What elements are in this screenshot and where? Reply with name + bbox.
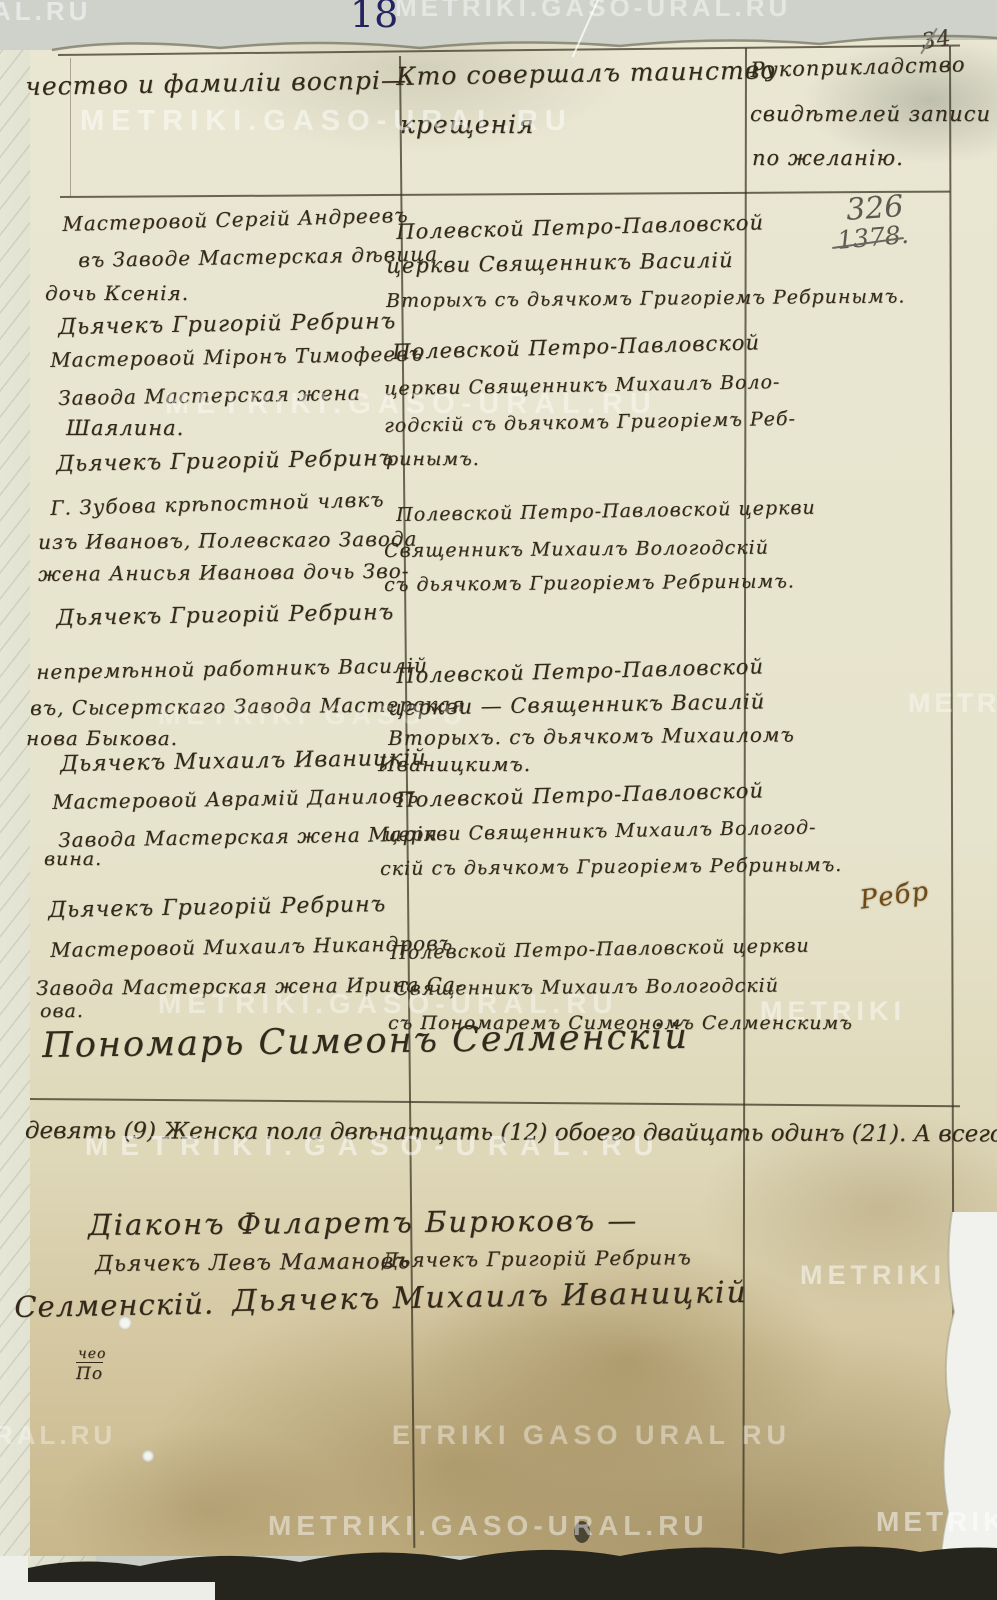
punch-hole [142, 1450, 154, 1462]
entry-1-godparents-line-3: дочь Ксенія. [45, 281, 189, 305]
scan-background-top [0, 0, 997, 40]
entry-2-godparents-line-3: Шаялина. [66, 416, 184, 440]
entry-3-officiant-line-2: Священникъ Михаилъ Вологодскій [384, 537, 769, 562]
margin-note-line-2: По [76, 1362, 103, 1384]
entry-4-officiant-line-4: Иваницкимъ. [378, 752, 531, 776]
signature-ponomar: Селменскій. [14, 1287, 214, 1324]
entry-5-officiant-line-3: скій съ дьячкомъ Григоріемъ Ребринымъ. [380, 854, 842, 880]
summary-totals-line: девять (9) Женска пола двѣнатцать (12) о… [25, 1118, 997, 1147]
header-col3-witnesses-line-2: свидѣтелей записи [750, 102, 991, 126]
signature-sexton-1: Дьячекъ Левъ Мамановъ [95, 1249, 410, 1277]
signature-deacon: Діаконъ Филаретъ Бирюковъ — [88, 1203, 638, 1242]
entry-6-officiant-line-2: Священникъ Михаилъ Вологодскій [394, 975, 779, 1000]
header-col3-witnesses-line-3: по желанію. [752, 146, 904, 170]
entry-3-godparents-line-3: жена Анисья Иванова дочь Зво- [38, 559, 410, 586]
entry-4-godparents-line-3: нова Быкова. [26, 726, 178, 750]
entry-6-godparents-line-3: ова. [40, 1000, 84, 1022]
signature-sexton-2: Дьячекъ Григорій Ребринъ [382, 1245, 692, 1272]
entry-2-officiant-line-4: ринымъ. [386, 448, 480, 470]
entry-5-godparents-line-3: вина. [44, 848, 102, 870]
margin-note-line-1: чео [78, 1346, 106, 1362]
entry-4-officiant-line-3: Вторыхъ. съ дьячкомъ Михаиломъ [388, 722, 795, 750]
punch-hole [118, 1316, 132, 1330]
document-scan: чество и фамиліи воспрі— Кто совершалъ т… [0, 0, 997, 1600]
entry-1-officiant-line-3: Вторыхъ съ дьячкомъ Григоріемъ Ребринымъ… [386, 285, 905, 312]
entry-3-officiant-line-3: съ дьячкомъ Григоріемъ Ребринымъ. [384, 570, 795, 596]
entry-3-godparents-line-2: изъ Ивановъ, Полевскаго Завода [38, 527, 418, 554]
header-col2-officiant-line-2: крещенія [400, 110, 535, 139]
archive-tab-number: 18 [350, 0, 398, 36]
